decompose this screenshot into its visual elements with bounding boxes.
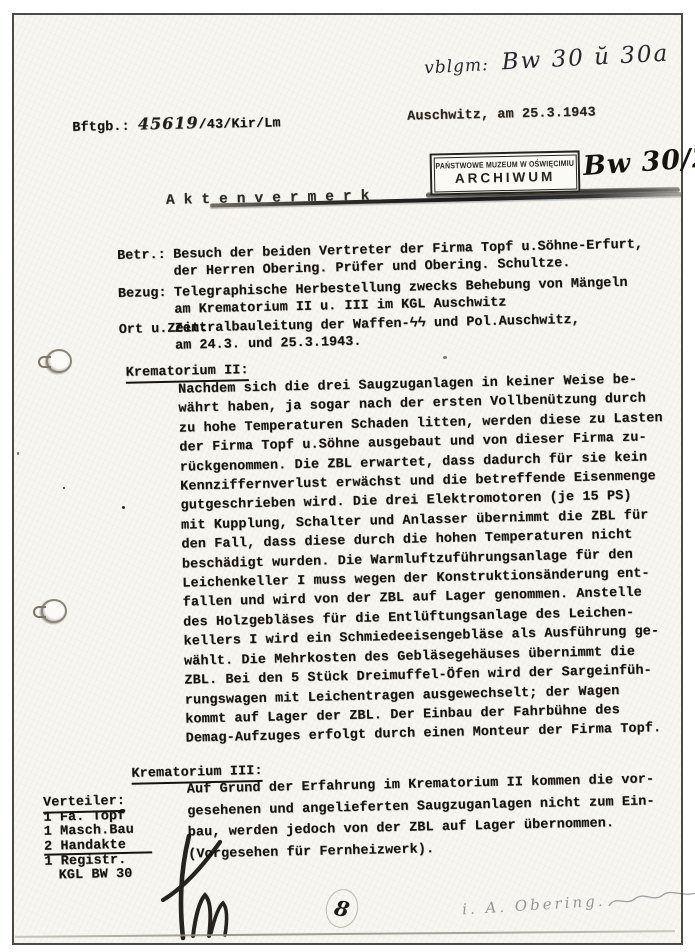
- handwritten-paraph: [158, 832, 260, 942]
- archive-stamp-inner: PAŃSTWOWE MUZEUM W OŚWIĘCIMIU ARCHIWUM: [433, 154, 577, 192]
- dateline: Auschwitz, am 25.3.1943: [407, 103, 596, 127]
- ink-speck: [122, 506, 125, 509]
- hole-punch: [46, 349, 72, 373]
- section-body-krematorium-2: Nachdem sich die drei Saugzuganlagen in …: [178, 370, 672, 749]
- document-page: vblgm: Bw 30 ŭ 30a Bftgb.: 45619/43/Kir/…: [0, 0, 695, 952]
- ref-label: Bftgb.:: [72, 119, 138, 135]
- journal-reference-line: Bftgb.: 45619/43/Kir/Lm: [72, 111, 281, 138]
- distribution-item: KGL BW 30: [45, 868, 153, 885]
- stamp-archiwum-label: ARCHIWUM: [455, 168, 556, 185]
- handwritten-ref-number: 45619: [138, 113, 199, 133]
- scanned-document-page: { "meta": { "archive_annotation_prefix":…: [0, 0, 695, 952]
- typewritten-layer: Bftgb.: 45619/43/Kir/Lm Auschwitz, am 25…: [0, 0, 695, 952]
- ink-speck: [443, 356, 447, 359]
- archive-stamp: PAŃSTWOWE MUZEUM W OŚWIĘCIMIU ARCHIWUM: [430, 150, 581, 195]
- betr-label: Betr.:: [117, 247, 166, 265]
- hole-punch: [41, 599, 67, 623]
- distribution-list: Verteiler: 1 Fa. Topf 1 Masch.Bau 2 Hand…: [43, 794, 153, 884]
- ink-speck: [17, 452, 19, 455]
- bezug-label: Bezug:: [118, 285, 167, 303]
- betr-text: Besuch der beiden Vertreter der Firma To…: [173, 236, 666, 281]
- ink-speck: [63, 487, 65, 489]
- ref-number-suffix: /43/Kir/Lm: [198, 116, 280, 133]
